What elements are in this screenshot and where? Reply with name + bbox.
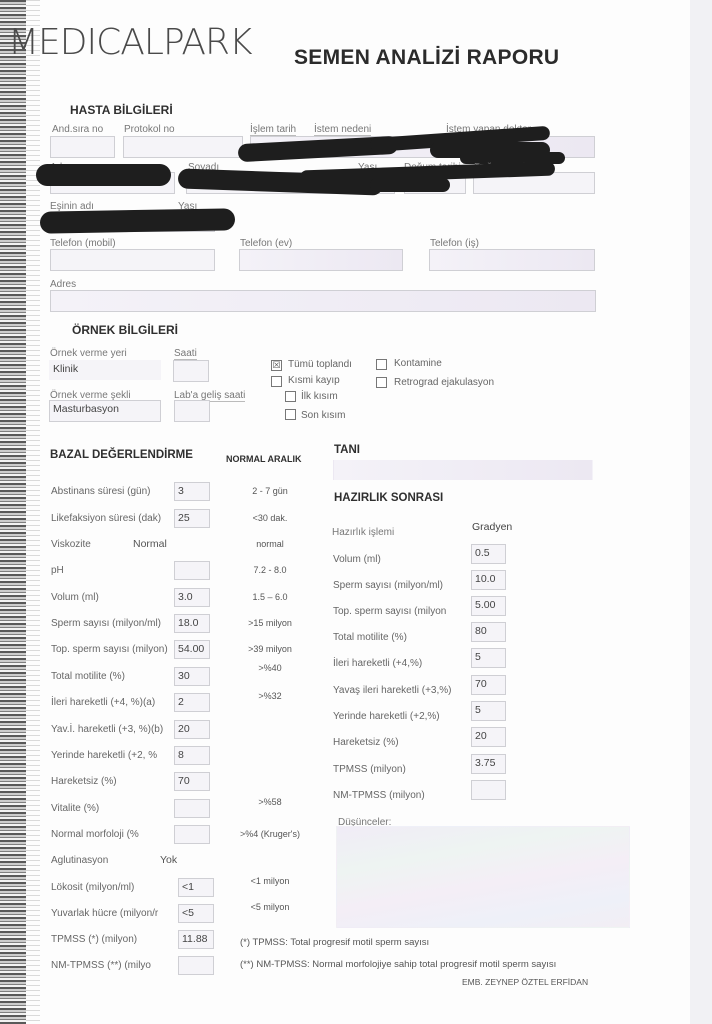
field-saati[interactable] xyxy=(173,360,209,382)
label-telefon-mobil: Telefon (mobil) xyxy=(50,238,116,249)
post-prep-row-label: Yavaş ileri hareketli (+3,%) xyxy=(333,685,451,696)
checkbox-label: İlk kısım xyxy=(301,391,338,402)
footnote-nm-tpmss: (**) NM-TPMSS: Normal morfolojiye sahip … xyxy=(240,959,556,970)
field-ornek-verme-yeri[interactable]: Klinik xyxy=(49,360,161,380)
basal-row-label: Yerinde hareketli (+2, % xyxy=(51,750,157,761)
basal-row-normal-range: <1 milyon xyxy=(225,876,315,886)
basal-row-value[interactable]: 3.0 xyxy=(174,588,210,607)
basal-row-normal-range: 1.5 – 6.0 xyxy=(225,592,315,602)
checkbox-label: Son kısım xyxy=(301,410,345,421)
label-ornek-verme-yeri: Örnek verme yeri xyxy=(50,348,127,359)
post-prep-row-label: Total motilite (%) xyxy=(333,632,407,643)
post-prep-row-value[interactable]: 70 xyxy=(471,675,506,695)
basal-row-normal-range: >39 milyon xyxy=(225,644,315,654)
signature: EMB. ZEYNEP ÖZTEL ERFİDAN xyxy=(462,977,588,987)
post-prep-row-value[interactable]: 20 xyxy=(471,727,506,747)
basal-row-label: Aglutinasyon xyxy=(51,855,108,866)
basal-row-value[interactable]: 54.00 xyxy=(174,640,210,659)
field-adres[interactable] xyxy=(50,290,596,312)
post-prep-row-label: Top. sperm sayısı (milyon xyxy=(333,606,446,617)
checkbox-kismi-kayip[interactable] xyxy=(271,376,282,387)
field-diagnosis[interactable] xyxy=(333,460,593,480)
post-prep-row-label: Hareketsiz (%) xyxy=(333,737,399,748)
basal-row-label: Yuvarlak hücre (milyon/r xyxy=(51,908,158,919)
redaction-mark xyxy=(370,178,450,192)
basal-row-value[interactable]: Yok xyxy=(160,854,177,866)
section-heading-basal: BAZAL DEĞERLENDİRME xyxy=(50,449,193,461)
checkbox-label: Kontamine xyxy=(394,358,442,369)
scan-artifact xyxy=(0,0,26,1024)
post-prep-row-value[interactable]: 5 xyxy=(471,648,506,668)
label-adres: Adres xyxy=(50,279,76,290)
post-prep-row-label: Sperm sayısı (milyon/ml) xyxy=(333,580,443,591)
basal-row-value[interactable] xyxy=(174,561,210,580)
field-telefon-is[interactable] xyxy=(429,249,595,271)
normal-range-heading: NORMAL ARALIK xyxy=(226,454,302,464)
report-title: SEMEN ANALİZİ RAPORU xyxy=(294,46,559,70)
basal-row-label: Sperm sayısı (milyon/ml) xyxy=(51,618,161,629)
logo: MEDICALPARK xyxy=(8,22,252,63)
label-hazirlik-islemi: Hazırlık işlemi xyxy=(332,527,394,538)
basal-row-normal-range: <5 milyon xyxy=(225,902,315,912)
basal-row-label: Normal morfoloji (% xyxy=(51,829,139,840)
basal-row-label: Viskozite xyxy=(51,539,91,550)
post-prep-row-label: NM-TPMSS (milyon) xyxy=(333,790,425,801)
basal-row-value[interactable] xyxy=(178,956,214,975)
basal-row-value[interactable]: 11.88 xyxy=(178,930,214,949)
basal-row-value[interactable]: <5 xyxy=(178,904,214,923)
post-prep-row-label: Yerinde hareketli (+2,%) xyxy=(333,711,440,722)
basal-row-value[interactable]: 25 xyxy=(174,509,210,528)
footnote-tpmss: (*) TPMSS: Total progresif motil sperm s… xyxy=(240,937,429,948)
post-prep-row-value[interactable]: 80 xyxy=(471,622,506,642)
field-telefon-ev[interactable] xyxy=(239,249,403,271)
post-prep-row-value[interactable] xyxy=(471,780,506,800)
redaction-mark xyxy=(36,164,171,186)
basal-row-normal-range: >15 milyon xyxy=(225,618,315,628)
basal-row-label: pH xyxy=(51,565,64,576)
background-edge xyxy=(690,0,712,1024)
basal-row-value[interactable]: 20 xyxy=(174,720,210,739)
post-prep-row-value[interactable]: 10.0 xyxy=(471,570,506,590)
basal-row-value[interactable]: Normal xyxy=(133,538,167,550)
section-heading-patient: HASTA BİLGİLERİ xyxy=(70,103,173,117)
basal-row-label: Vitalite (%) xyxy=(51,803,99,814)
post-prep-row-value[interactable]: 5 xyxy=(471,701,506,721)
section-heading-sample: ÖRNEK BİLGİLERİ xyxy=(72,323,178,337)
basal-row-label: Abstinans süresi (gün) xyxy=(51,486,151,497)
basal-row-value[interactable] xyxy=(174,825,210,844)
basal-row-label: NM-TPMSS (**) (milyo xyxy=(51,960,151,971)
basal-row-normal-range: 7.2 - 8.0 xyxy=(225,565,315,575)
basal-row-normal-range: >%32 xyxy=(225,691,315,701)
label-saati: Saati xyxy=(174,348,197,360)
basal-row-normal-range: 2 - 7 gün xyxy=(225,486,315,496)
basal-row-label: Likefaksiyon süresi (dak) xyxy=(51,513,161,524)
checkbox-label: Kısmi kayıp xyxy=(288,375,340,386)
basal-row-value[interactable]: 30 xyxy=(174,667,210,686)
scan-artifact xyxy=(26,0,40,1024)
checkbox-retrograd[interactable] xyxy=(376,377,387,388)
checkbox-kontamine[interactable] xyxy=(376,359,387,370)
post-prep-row-label: İleri hareketli (+4,%) xyxy=(333,658,422,669)
redaction-mark xyxy=(40,208,235,233)
basal-row-normal-range: >%4 (Kruger's) xyxy=(225,829,315,839)
post-prep-row-value[interactable]: 5.00 xyxy=(471,596,506,616)
checkbox-label: Tümü toplandı xyxy=(288,359,352,370)
basal-row-label: Top. sperm sayısı (milyon) xyxy=(51,644,168,655)
section-heading-diagnosis: TANI xyxy=(334,444,360,456)
basal-row-value[interactable]: 8 xyxy=(174,746,210,765)
field-comments[interactable] xyxy=(336,826,630,928)
field-hazirlik-islemi[interactable]: Gradyen xyxy=(472,521,512,533)
field-lab-gelis-saati[interactable] xyxy=(174,400,210,422)
field-ornek-verme-sekli[interactable]: Masturbasyon xyxy=(49,400,161,422)
field-telefon-mobil[interactable] xyxy=(50,249,215,271)
checkbox-son-kisim[interactable] xyxy=(285,409,296,420)
basal-row-normal-range: normal xyxy=(225,539,315,549)
basal-row-value[interactable]: 2 xyxy=(174,693,210,712)
post-prep-row-value[interactable]: 3.75 xyxy=(471,754,506,774)
label-istem-nedeni: İstem nedeni xyxy=(314,124,371,136)
label-and-sira-no: And.sıra no xyxy=(52,124,103,135)
checkbox-ilk-kisim[interactable] xyxy=(285,391,296,402)
basal-row-value[interactable]: <1 xyxy=(178,878,214,897)
field-and-sira-no[interactable] xyxy=(50,136,115,158)
checkbox-tumu-toplandi[interactable]: ☒ xyxy=(271,360,282,371)
basal-row-label: TPMSS (*) (milyon) xyxy=(51,934,137,945)
post-prep-row-label: Volum (ml) xyxy=(333,554,381,565)
section-heading-post-prep: HAZIRLIK SONRASI xyxy=(334,492,443,504)
basal-row-label: Total motilite (%) xyxy=(51,671,125,682)
post-prep-row-label: TPMSS (milyon) xyxy=(333,764,406,775)
basal-row-value[interactable]: 3 xyxy=(174,482,210,501)
basal-row-normal-range: <30 dak. xyxy=(225,513,315,523)
basal-row-label: Yav.İ. hareketli (+3, %)(b) xyxy=(51,724,163,735)
basal-row-label: İleri hareketli (+4, %)(a) xyxy=(51,697,155,708)
label-islem-tarihi: İşlem tarih xyxy=(250,124,296,136)
basal-row-value[interactable]: 70 xyxy=(174,772,210,791)
basal-row-normal-range: >%40 xyxy=(225,663,315,673)
basal-row-normal-range: >%58 xyxy=(225,797,315,807)
basal-row-value[interactable] xyxy=(174,799,210,818)
checkbox-label: Retrograd ejakulasyon xyxy=(394,377,494,388)
post-prep-row-value[interactable]: 0.5 xyxy=(471,544,506,564)
basal-row-label: Lökosit (milyon/ml) xyxy=(51,882,134,893)
label-protokol-no: Protokol no xyxy=(124,124,175,135)
basal-row-label: Volum (ml) xyxy=(51,592,99,603)
basal-row-value[interactable]: 18.0 xyxy=(174,614,210,633)
field-protokol-no[interactable] xyxy=(123,136,243,158)
basal-row-label: Hareketsiz (%) xyxy=(51,776,117,787)
